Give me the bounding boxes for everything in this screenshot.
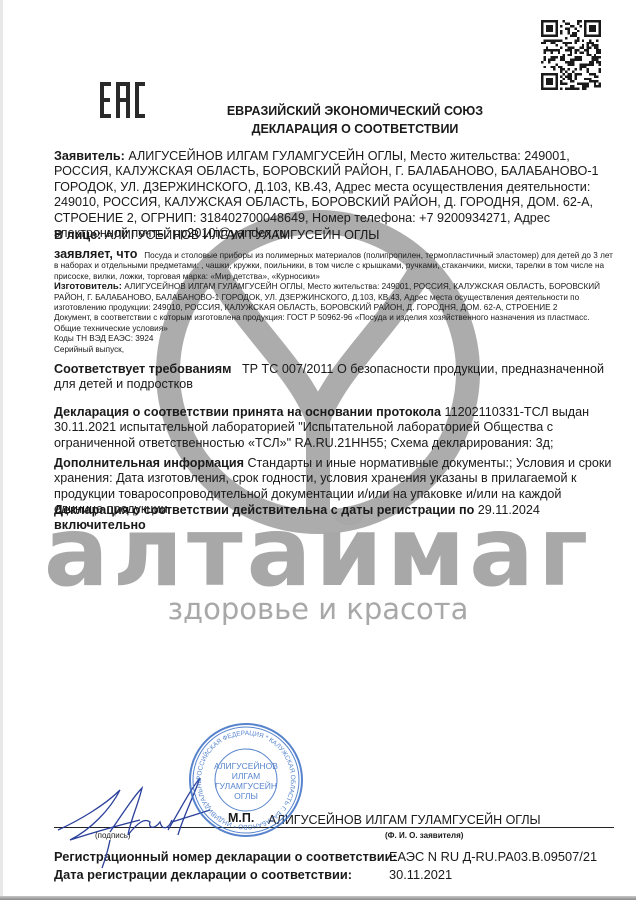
qr-code-icon[interactable] — [541, 19, 601, 91]
document-basis: Документ, в соответствии с которым изгот… — [54, 313, 590, 332]
validity-suffix: включительно — [54, 518, 146, 532]
declaration-title: ДЕКЛАРАЦИЯ О СООТВЕТСТВИИ — [190, 122, 520, 136]
page-bottom-edge — [0, 896, 636, 900]
product-description: Посуда и столовые приборы из полимерных … — [54, 251, 613, 281]
stamp-icon: РОССИЙСКАЯ ФЕДЕРАЦИЯ * КАЛУЖСКАЯ ОБЛАСТЬ… — [186, 720, 306, 840]
fio-caption: (Ф. И. О. заявителя) — [385, 831, 463, 840]
in-person-label: В лице: — [54, 228, 101, 242]
declares-label: заявляет, что — [54, 247, 137, 261]
compliance-section: Соответствует требованиям ТР ТС 007/2011… — [54, 362, 614, 393]
in-person-value: АЛИГУСЕЙНОВ ИЛГАМ ГУЛАМГУСЕЙН ОГЛЫ — [105, 228, 380, 242]
manufacturer-text: АЛИГУСЕЙНОВ ИЛГАМ ГУЛАМГУСЕЙН ОГЛЫ, Мест… — [54, 282, 600, 312]
svg-text:АЛИГУСЕЙНОВ: АЛИГУСЕЙНОВ — [214, 760, 278, 771]
validity-label: Декларация о соответствии действительна … — [54, 503, 474, 517]
svg-text:ОГЛЫ: ОГЛЫ — [234, 791, 258, 801]
applicant-label: Заявитель: — [54, 149, 125, 163]
compliance-label: Соответствует требованиям — [54, 362, 231, 376]
registration-date-value: 30.11.2021 — [389, 867, 452, 882]
validity-section: Декларация о соответствии действительна … — [54, 503, 614, 534]
declares-section: заявляет, что Посуда и столовые приборы … — [54, 249, 614, 355]
applicant-name-signed: АЛИГУСЕЙНОВ ИЛГАМ ГУЛАМГУСЕЙН ОГЛЫ — [268, 813, 541, 827]
production-type: Серийный выпуск, — [54, 345, 124, 354]
eac-logo-icon — [98, 80, 148, 120]
applicant-text: АЛИГУСЕЙНОВ ИЛГАМ ГУЛАМГУСЕЙН ОГЛЫ, Мест… — [54, 149, 599, 240]
union-title: ЕВРАЗИЙСКИЙ ЭКОНОМИЧЕСКИЙ СОЮЗ — [190, 104, 520, 118]
additional-info-label: Дополнительная информация — [54, 456, 244, 470]
manufacturer-label: Изготовитель: — [54, 281, 122, 292]
declaration-page: алтаймаг здоровье и красота ЕВРАЗИЙСКИЙ … — [0, 0, 636, 900]
validity-date: 29.11.2024 — [478, 503, 540, 517]
registration-number-value: ЕАЭС N RU Д-RU.РА03.В.09507/21 — [389, 849, 597, 864]
in-person-section: В лице: АЛИГУСЕЙНОВ ИЛГАМ ГУЛАМГУСЕЙН ОГ… — [54, 228, 614, 243]
protocol-label: Декларация о соответствии принята на осн… — [54, 405, 441, 419]
hs-codes: Коды ТН ВЭД ЕАЭС: 3924 — [54, 334, 153, 343]
protocol-section: Декларация о соответствии принята на осн… — [54, 405, 614, 451]
svg-text:ИЛГАМ: ИЛГАМ — [232, 771, 260, 781]
svg-text:ГУЛАМГУСЕЙН: ГУЛАМГУСЕЙН — [215, 780, 277, 791]
